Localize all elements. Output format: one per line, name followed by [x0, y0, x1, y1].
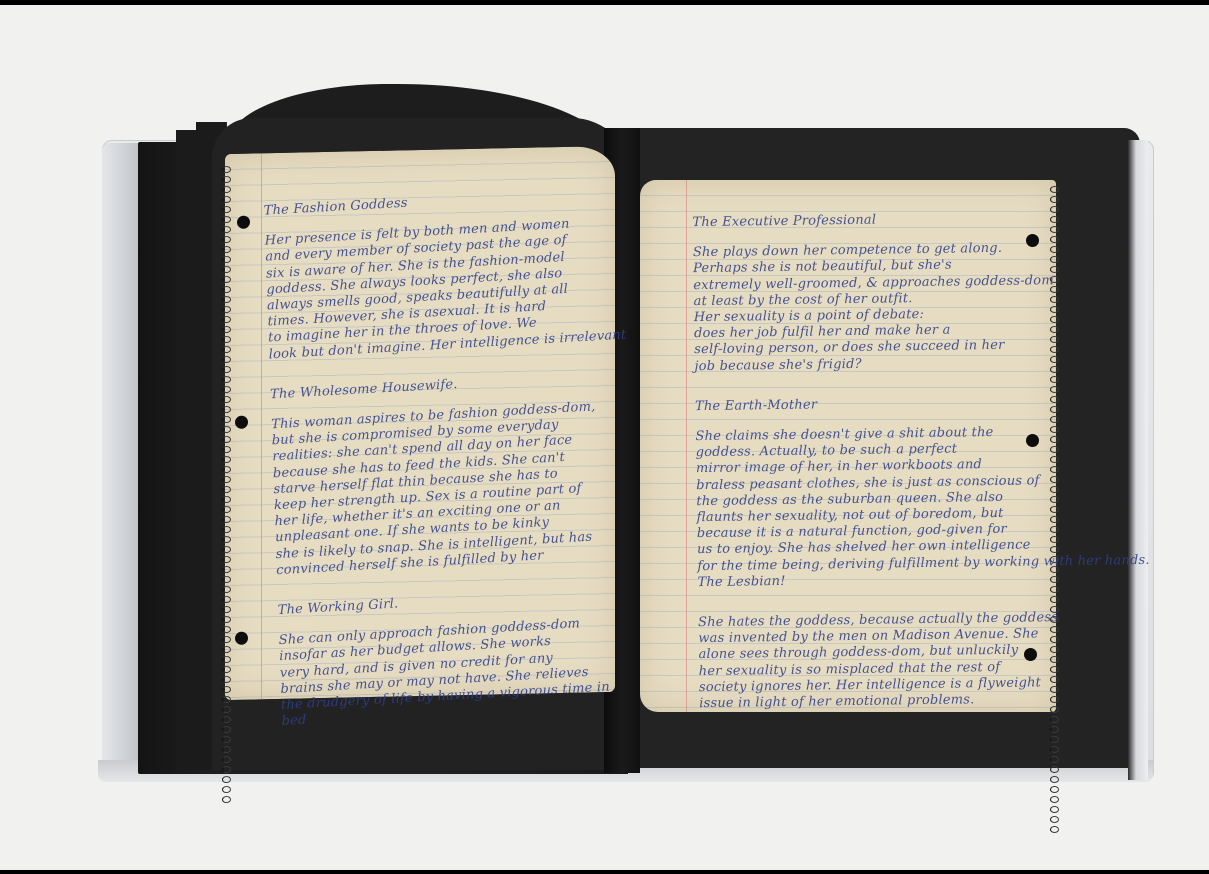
right-handwriting: The Executive Professional She plays dow… [692, 209, 1152, 737]
section-body-earth-mother: She claims she doesn't give a shit about… [695, 423, 1150, 591]
bottom-black-border [0, 870, 1209, 874]
section-title-working-girl: The Working Girl. [277, 583, 635, 619]
margin-line [686, 180, 687, 712]
margin-line [261, 153, 262, 699]
section-title-housewife: The Wholesome Housewife. [270, 367, 628, 403]
top-black-border [0, 0, 1209, 5]
section-title-fashion-goddess: The Fashion Goddess [263, 184, 621, 220]
punch-hole [235, 632, 248, 645]
left-notebook-sheet: The Fashion Goddess Her presence is felt… [225, 146, 615, 700]
spiral-binding-left [222, 166, 231, 806]
section-title-earth-mother: The Earth-Mother [695, 393, 1148, 416]
punch-hole [235, 416, 248, 429]
punch-hole [237, 216, 250, 229]
section-body-housewife: This woman aspires to be fashion goddess… [271, 397, 634, 579]
left-handwriting: The Fashion Goddess Her presence is felt… [263, 184, 640, 755]
right-notebook-sheet: The Executive Professional She plays dow… [640, 180, 1056, 712]
section-body-professional: She plays down her competence to get alo… [693, 239, 1147, 375]
section-body-fashion-goddess: Her presence is felt by both men and wom… [265, 214, 627, 363]
section-body-working-girl: She can only approach fashion goddess-do… [279, 613, 640, 730]
section-title-professional: The Executive Professional [692, 209, 1145, 232]
section-body-lesbian: She hates the goddess, because actually … [698, 609, 1152, 713]
sleeve-left-edge [102, 143, 140, 775]
